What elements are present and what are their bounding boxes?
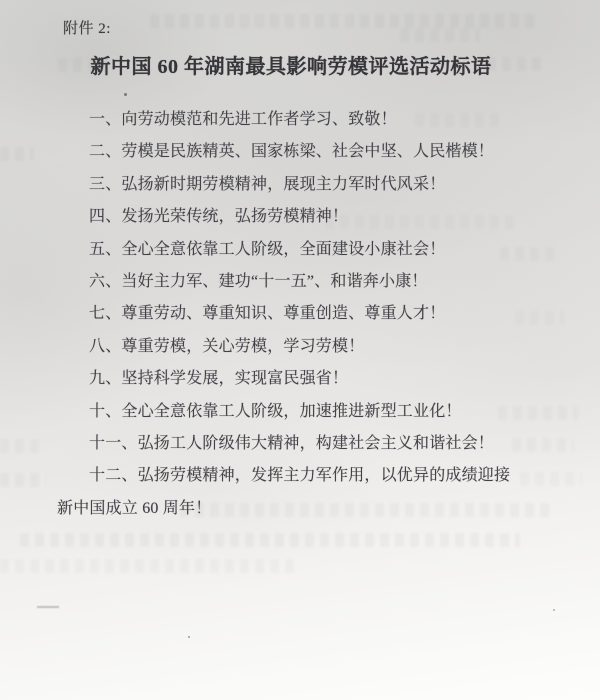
slogan-line-3: 三、弘扬新时期劳模精神，展现主力军时代风采！ xyxy=(57,169,570,201)
slogan-line-1: 一、向劳动模范和先进工作者学习、致敬！ xyxy=(57,104,570,136)
bleedthrough-smudge xyxy=(0,473,46,487)
document-title: 新中国 60 年湖南最具影响劳模评选活动标语 xyxy=(0,50,600,79)
slogan-line-12: 十二、弘扬劳模精神，发挥主力军作用，以优异的成绩迎接 xyxy=(57,460,570,492)
slogan-line-8: 八、尊重劳模，关心劳模，学习劳模！ xyxy=(57,331,570,363)
scan-artifact-speck xyxy=(553,609,555,611)
attachment-label: 附件 2: xyxy=(63,17,111,38)
slogan-line-10: 十、全心全意依靠工人阶级，加速推进新型工业化！ xyxy=(57,396,570,428)
bleedthrough-smudge xyxy=(0,147,34,161)
slogan-line-12-continuation: 新中国成立 60 周年！ xyxy=(57,493,570,525)
bleedthrough-smudge xyxy=(20,533,520,547)
scanned-document-page: 附件 2: 新中国 60 年湖南最具影响劳模评选活动标语 一、向劳动模范和先进工… xyxy=(0,0,600,700)
slogan-line-5: 五、全心全意依靠工人阶级，全面建设小康社会！ xyxy=(57,234,570,266)
scan-artifact-speck xyxy=(124,93,127,96)
slogan-line-9: 九、坚持科学发展，实现富民强省！ xyxy=(57,363,570,395)
slogan-line-4: 四、发扬光荣传统，弘扬劳模精神！ xyxy=(57,201,570,233)
bleedthrough-smudge xyxy=(0,559,300,573)
slogan-line-7: 七、尊重劳动、尊重知识、尊重创造、尊重人才！ xyxy=(57,298,570,330)
slogan-line-2: 二、劳模是民族精英、国家栋梁、社会中坚、人民楷模！ xyxy=(57,136,570,168)
bleedthrough-smudge xyxy=(150,14,540,28)
slogan-line-6: 六、当好主力军、建功“十一五”、和谐奔小康！ xyxy=(57,266,570,298)
bleedthrough-smudge xyxy=(0,439,40,453)
bleedthrough-smudge xyxy=(400,28,480,42)
slogan-line-11: 十一、弘扬工人阶级伟大精神，构建社会主义和谐社会！ xyxy=(57,428,570,460)
slogan-list: 一、向劳动模范和先进工作者学习、致敬！ 二、劳模是民族精英、国家栋梁、社会中坚、… xyxy=(57,104,570,525)
scan-artifact-speck xyxy=(188,636,190,638)
scan-artifact-dash xyxy=(37,606,59,608)
